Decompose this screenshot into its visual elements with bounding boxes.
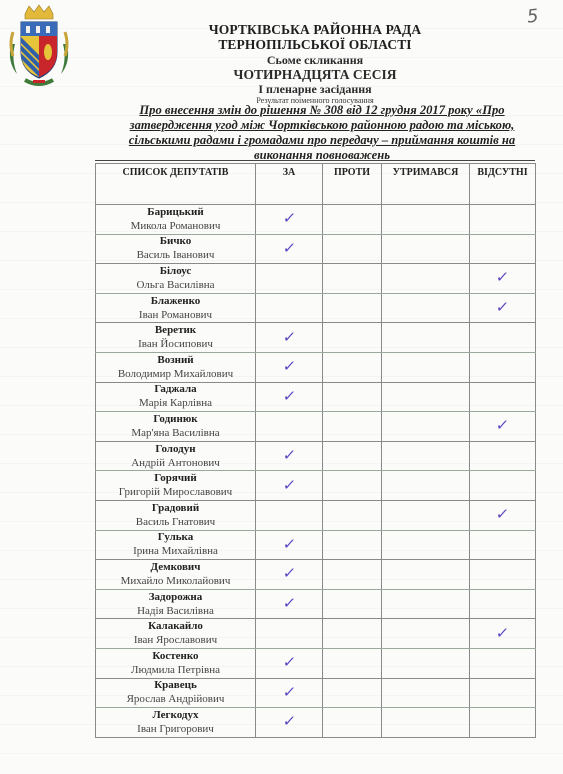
deputy-name-cell: БичкоВасиль Іванович [96,234,256,264]
table-body: БарицькийМикола Романович✓БичкоВасиль Ів… [96,205,536,738]
convocation: Сьоме скликання [95,53,535,67]
vote-cell-abstained [382,560,470,590]
vote-cell-for [256,293,323,323]
vote-cell-absent [470,323,536,353]
vote-cell-absent: ✓ [470,619,536,649]
vote-cell-absent [470,530,536,560]
check-mark-icon: ✓ [495,418,510,433]
vote-cell-against [323,441,382,471]
deputy-given-names: Іван Ярославович [96,633,255,647]
deputy-surname: Кравець [96,679,255,692]
deputy-given-names: Михайло Миколайович [96,574,255,588]
table-row: ДемковичМихайло Миколайович✓ [96,560,536,590]
table-header-row: СПИСОК ДЕПУТАТІВ ЗА ПРОТИ УТРИМАВСЯ ВІДС… [96,164,536,205]
deputy-given-names: Василь Іванович [96,248,255,262]
deputy-surname: Голодун [96,443,255,456]
check-mark-icon: ✓ [282,389,297,404]
vote-cell-absent [470,234,536,264]
deputy-name-cell: БарицькийМикола Романович [96,205,256,235]
table-row: ГорячийГригорій Мирославович✓ [96,471,536,501]
table-row: ГрадовийВасиль Гнатович✓ [96,500,536,530]
check-mark-icon: ✓ [282,241,297,256]
vote-cell-abstained [382,205,470,235]
deputy-given-names: Василь Гнатович [96,515,255,529]
deputy-name-cell: ВеретикІван Йосипович [96,323,256,353]
vote-cell-against [323,619,382,649]
vote-cell-for: ✓ [256,648,323,678]
check-mark-icon: ✓ [282,685,297,700]
vote-cell-absent [470,382,536,412]
document-header: ЧОРТКІВСЬКА РАЙОННА РАДА ТЕРНОПІЛЬСЬКОЇ … [95,22,535,106]
deputy-given-names: Іван Романович [96,308,255,322]
deputy-name-cell: КалакайлоІван Ярославович [96,619,256,649]
org-name-line1: ЧОРТКІВСЬКА РАЙОННА РАДА [95,22,535,37]
table-row: БичкоВасиль Іванович✓ [96,234,536,264]
deputy-name-cell: БлаженкоІван Романович [96,293,256,323]
deputy-given-names: Марія Карлівна [96,396,255,410]
decision-subject: Про внесення змін до рішення № 308 від 1… [102,103,542,163]
deputy-surname: Годинюк [96,413,255,426]
deputy-given-names: Ольга Василівна [96,278,255,292]
deputy-name-cell: ЛегкодухІван Григорович [96,708,256,738]
vote-cell-for: ✓ [256,352,323,382]
deputy-given-names: Людмила Петрівна [96,663,255,677]
deputy-given-names: Ірина Михайлівна [96,544,255,558]
deputy-name-cell: ГорячийГригорій Мирославович [96,471,256,501]
check-mark-icon: ✓ [495,270,510,285]
vote-cell-absent [470,708,536,738]
deputy-given-names: Ярослав Андрійович [96,692,255,706]
col-header-for: ЗА [256,164,323,205]
deputy-given-names: Володимир Михайлович [96,367,255,381]
vote-cell-absent: ✓ [470,412,536,442]
vote-cell-for: ✓ [256,589,323,619]
vote-cell-abstained [382,678,470,708]
check-mark-icon: ✓ [282,211,297,226]
deputy-given-names: Григорій Мирославович [96,485,255,499]
table-row: ГодинюкМар'яна Василівна✓ [96,412,536,442]
vote-cell-against [323,708,382,738]
deputy-surname: Гаджала [96,383,255,396]
deputy-given-names: Іван Йосипович [96,337,255,351]
deputy-name-cell: КравецьЯрослав Андрійович [96,678,256,708]
vote-cell-against [323,234,382,264]
check-mark-icon: ✓ [282,330,297,345]
vote-cell-abstained [382,708,470,738]
vote-cell-against [323,589,382,619]
deputy-surname: Горячий [96,472,255,485]
vote-cell-abstained [382,441,470,471]
table-row: КалакайлоІван Ярославович✓ [96,619,536,649]
vote-cell-absent: ✓ [470,264,536,294]
deputy-name-cell: ГрадовийВасиль Гнатович [96,500,256,530]
col-header-against: ПРОТИ [323,164,382,205]
check-mark-icon: ✓ [282,448,297,463]
deputy-given-names: Іван Григорович [96,722,255,736]
vote-cell-against [323,352,382,382]
deputy-surname: Блаженко [96,295,255,308]
deputy-given-names: Мар'яна Василівна [96,426,255,440]
vote-cell-against [323,293,382,323]
table-row: ГулькаІрина Михайлівна✓ [96,530,536,560]
deputy-name-cell: ДемковичМихайло Миколайович [96,560,256,590]
check-mark-icon: ✓ [282,714,297,729]
deputy-surname: Легкодух [96,709,255,722]
vote-cell-abstained [382,500,470,530]
table-row: ВознийВолодимир Михайлович✓ [96,352,536,382]
vote-cell-for: ✓ [256,530,323,560]
deputy-given-names: Андрій Антонович [96,456,255,470]
vote-cell-absent [470,589,536,619]
deputy-given-names: Микола Романович [96,219,255,233]
vote-cell-for: ✓ [256,234,323,264]
check-mark-icon: ✓ [282,596,297,611]
deputy-given-names: Надія Василівна [96,604,255,618]
deputy-name-cell: ГодинюкМар'яна Василівна [96,412,256,442]
vote-cell-against [323,560,382,590]
vote-cell-absent [470,648,536,678]
check-mark-icon: ✓ [495,300,510,315]
vote-cell-against [323,530,382,560]
subject-line-2: затвердження угод між Чортківською район… [130,118,515,132]
vote-table: СПИСОК ДЕПУТАТІВ ЗА ПРОТИ УТРИМАВСЯ ВІДС… [95,163,536,738]
deputy-surname: Білоус [96,265,255,278]
vote-cell-for: ✓ [256,471,323,501]
vote-cell-against [323,205,382,235]
vote-cell-for [256,500,323,530]
vote-cell-for [256,412,323,442]
deputy-name-cell: ЗадорожнаНадія Василівна [96,589,256,619]
vote-cell-for: ✓ [256,205,323,235]
deputy-name-cell: ГаджалаМарія Карлівна [96,382,256,412]
vote-cell-abstained [382,323,470,353]
vote-cell-absent [470,205,536,235]
table-row: БілоусОльга Василівна✓ [96,264,536,294]
table-row: ВеретикІван Йосипович✓ [96,323,536,353]
col-header-abstained: УТРИМАВСЯ [382,164,470,205]
vote-cell-against [323,264,382,294]
vote-cell-against [323,382,382,412]
deputy-name-cell: ГулькаІрина Михайлівна [96,530,256,560]
check-mark-icon: ✓ [282,537,297,552]
plenary-meeting: І пленарне засідання [95,82,535,96]
vote-cell-against [323,500,382,530]
deputy-name-cell: БілоусОльга Василівна [96,264,256,294]
col-header-deputies: СПИСОК ДЕПУТАТІВ [96,164,256,205]
deputy-surname: Костенко [96,650,255,663]
vote-cell-abstained [382,264,470,294]
vote-cell-absent [470,471,536,501]
vote-cell-for [256,619,323,649]
vote-cell-against [323,648,382,678]
deputy-surname: Гулька [96,531,255,544]
vote-cell-for: ✓ [256,708,323,738]
deputy-name-cell: КостенкоЛюдмила Петрівна [96,648,256,678]
vote-cell-against [323,323,382,353]
vote-cell-abstained [382,471,470,501]
deputy-surname: Возний [96,354,255,367]
table-row: БарицькийМикола Романович✓ [96,205,536,235]
vote-cell-abstained [382,619,470,649]
vote-cell-abstained [382,412,470,442]
check-mark-icon: ✓ [282,359,297,374]
deputy-surname: Барицький [96,206,255,219]
session-title: ЧОТИРНАДЦЯТА СЕСІЯ [95,67,535,82]
vote-cell-for: ✓ [256,382,323,412]
divider [95,160,535,161]
vote-cell-for: ✓ [256,323,323,353]
vote-cell-abstained [382,382,470,412]
subject-line-3: сільськими радами і громадами про переда… [129,133,515,147]
vote-cell-against [323,412,382,442]
vote-cell-against [323,678,382,708]
vote-cell-abstained [382,648,470,678]
deputy-name-cell: ГолодунАндрій Антонович [96,441,256,471]
table-row: КравецьЯрослав Андрійович✓ [96,678,536,708]
deputy-surname: Бичко [96,235,255,248]
vote-cell-absent [470,678,536,708]
vote-cell-absent [470,560,536,590]
check-mark-icon: ✓ [282,566,297,581]
vote-cell-for: ✓ [256,441,323,471]
vote-cell-absent: ✓ [470,293,536,323]
col-header-absent: ВІДСУТНІ [470,164,536,205]
vote-cell-abstained [382,530,470,560]
vote-cell-for [256,264,323,294]
vote-cell-for: ✓ [256,560,323,590]
check-mark-icon: ✓ [282,478,297,493]
vote-cell-abstained [382,293,470,323]
check-mark-icon: ✓ [495,507,510,522]
deputy-surname: Калакайло [96,620,255,633]
table-row: БлаженкоІван Романович✓ [96,293,536,323]
coat-of-arms-icon [5,4,73,88]
vote-cell-abstained [382,234,470,264]
vote-cell-absent: ✓ [470,500,536,530]
table-row: ЛегкодухІван Григорович✓ [96,708,536,738]
vote-cell-absent [470,441,536,471]
vote-cell-abstained [382,589,470,619]
deputy-name-cell: ВознийВолодимир Михайлович [96,352,256,382]
table-row: КостенкоЛюдмила Петрівна✓ [96,648,536,678]
table-row: ГаджалаМарія Карлівна✓ [96,382,536,412]
check-mark-icon: ✓ [282,655,297,670]
vote-cell-abstained [382,352,470,382]
vote-cell-against [323,471,382,501]
deputy-surname: Градовий [96,502,255,515]
vote-cell-absent [470,352,536,382]
check-mark-icon: ✓ [495,626,510,641]
deputy-surname: Задорожна [96,591,255,604]
deputy-surname: Веретик [96,324,255,337]
deputy-surname: Демкович [96,561,255,574]
table-row: ГолодунАндрій Антонович✓ [96,441,536,471]
table-row: ЗадорожнаНадія Василівна✓ [96,589,536,619]
vote-cell-for: ✓ [256,678,323,708]
org-name-line2: ТЕРНОПІЛЬСЬКОЇ ОБЛАСТІ [95,37,535,52]
subject-line-1: Про внесення змін до рішення № 308 від 1… [139,103,504,117]
